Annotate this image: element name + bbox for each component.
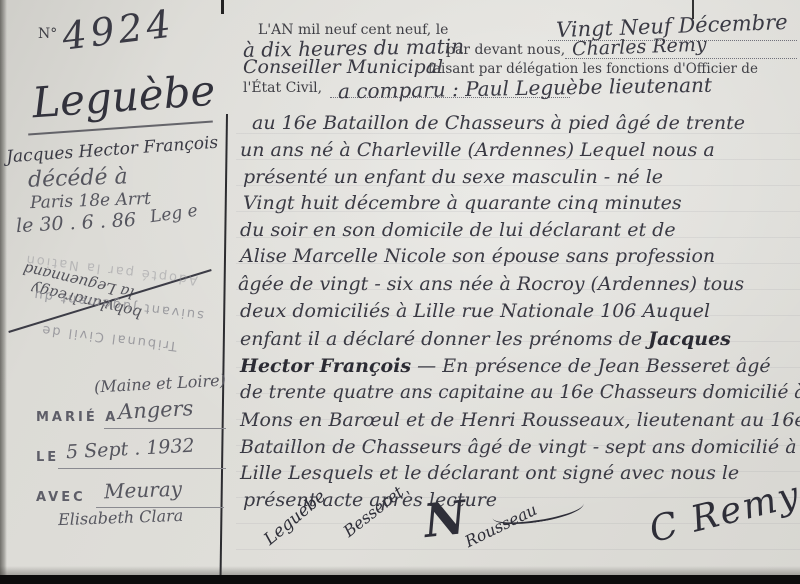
scan-bottom-bar — [0, 575, 800, 584]
adoption-stamp-line3: Tribunal Civil de — [40, 322, 178, 354]
officer-title-value: Conseiller Municipal — [243, 56, 443, 78]
body-line-10-name: Hector François — [240, 355, 411, 377]
body-line-1: au 16e Bataillon de Chasseurs à pied âgé… — [252, 112, 745, 134]
signature-witness1-paraph: N — [421, 490, 468, 548]
register-page: N° 4924 Leguèbe Jacques Hector François … — [0, 0, 800, 584]
body-line-6: Alise Marcelle Nicole son épouse sans pr… — [240, 245, 715, 267]
body-line-2: un ans né à Charleville (Ardennes) Leque… — [240, 139, 715, 161]
signature-officer: C Remy — [645, 474, 800, 551]
region-note: (Maine et Loire) — [94, 371, 227, 397]
body-line-10: Hector François — En présence de Jean Be… — [240, 355, 771, 377]
form-devant-nous: par devant nous, — [446, 42, 565, 58]
body-line-10-text: — En présence de Jean Besseret âgé — [411, 355, 770, 377]
death-note-line1: décédé à — [28, 164, 128, 192]
officer-name-value: Charles Remy — [572, 34, 707, 61]
marriage-spouse-given-names: Elisabeth Clara — [58, 506, 184, 529]
full-names: Jacques Hector François — [6, 133, 219, 168]
body-line-9: enfant il a déclaré donner les prénoms d… — [240, 328, 731, 350]
body-line-13: Bataillon de Chasseurs âgé de vingt - se… — [240, 436, 797, 458]
body-line-12: Mons en Barœul et de Henri Rousseaux, li… — [240, 409, 800, 431]
body-line-9-name: Jacques — [648, 328, 731, 350]
body-line-11: de trente quatre ans capitaine au 16e Ch… — [240, 382, 800, 403]
margin-divider-line — [220, 114, 228, 575]
act-number-label: N° — [38, 26, 57, 42]
top-divider-tick — [221, 0, 224, 14]
form-etat-civil: l'État Civil, — [243, 80, 322, 96]
body-line-7: âgée de vingt - six ans née à Rocroy (Ar… — [238, 273, 744, 295]
body-line-3: présenté un enfant du sexe masculin - né… — [243, 166, 663, 188]
marriage-date-value: 5 Sept . 1932 — [66, 435, 196, 464]
body-line-9-text: enfant il a déclaré donner les prénoms d… — [240, 328, 648, 350]
marriage-spouse-surname: Meuray — [104, 477, 183, 504]
marriage-with-label: AVEC — [36, 490, 86, 505]
married-at-value: Angers — [117, 396, 194, 424]
binding-edge — [0, 0, 7, 584]
death-note-paraph: Leg e — [149, 201, 199, 227]
married-at-label: MARIÉ A — [36, 410, 118, 425]
act-number: 4924 — [60, 1, 177, 58]
death-note-line3: le 30 . 6 . 86 — [16, 209, 137, 237]
comparu-value: a comparu : Paul Leguèbe lieutenant — [338, 73, 712, 104]
body-line-4: Vingt huit décembre à quarante cinq minu… — [243, 192, 682, 214]
body-line-5: du soir en son domicile de lui déclarant… — [240, 219, 676, 241]
page-bottom-shadow — [0, 566, 800, 575]
marriage-date-line — [58, 468, 226, 469]
body-line-14: Lille Lesquels et le déclarant ont signé… — [240, 462, 739, 484]
married-at-line — [104, 428, 226, 429]
body-line-8: deux domiciliés à Lille rue Nationale 10… — [240, 300, 710, 322]
signature-witness2-flourish — [491, 493, 585, 529]
surname: Leguèbe — [31, 66, 217, 128]
marriage-date-label: LE — [36, 450, 59, 465]
